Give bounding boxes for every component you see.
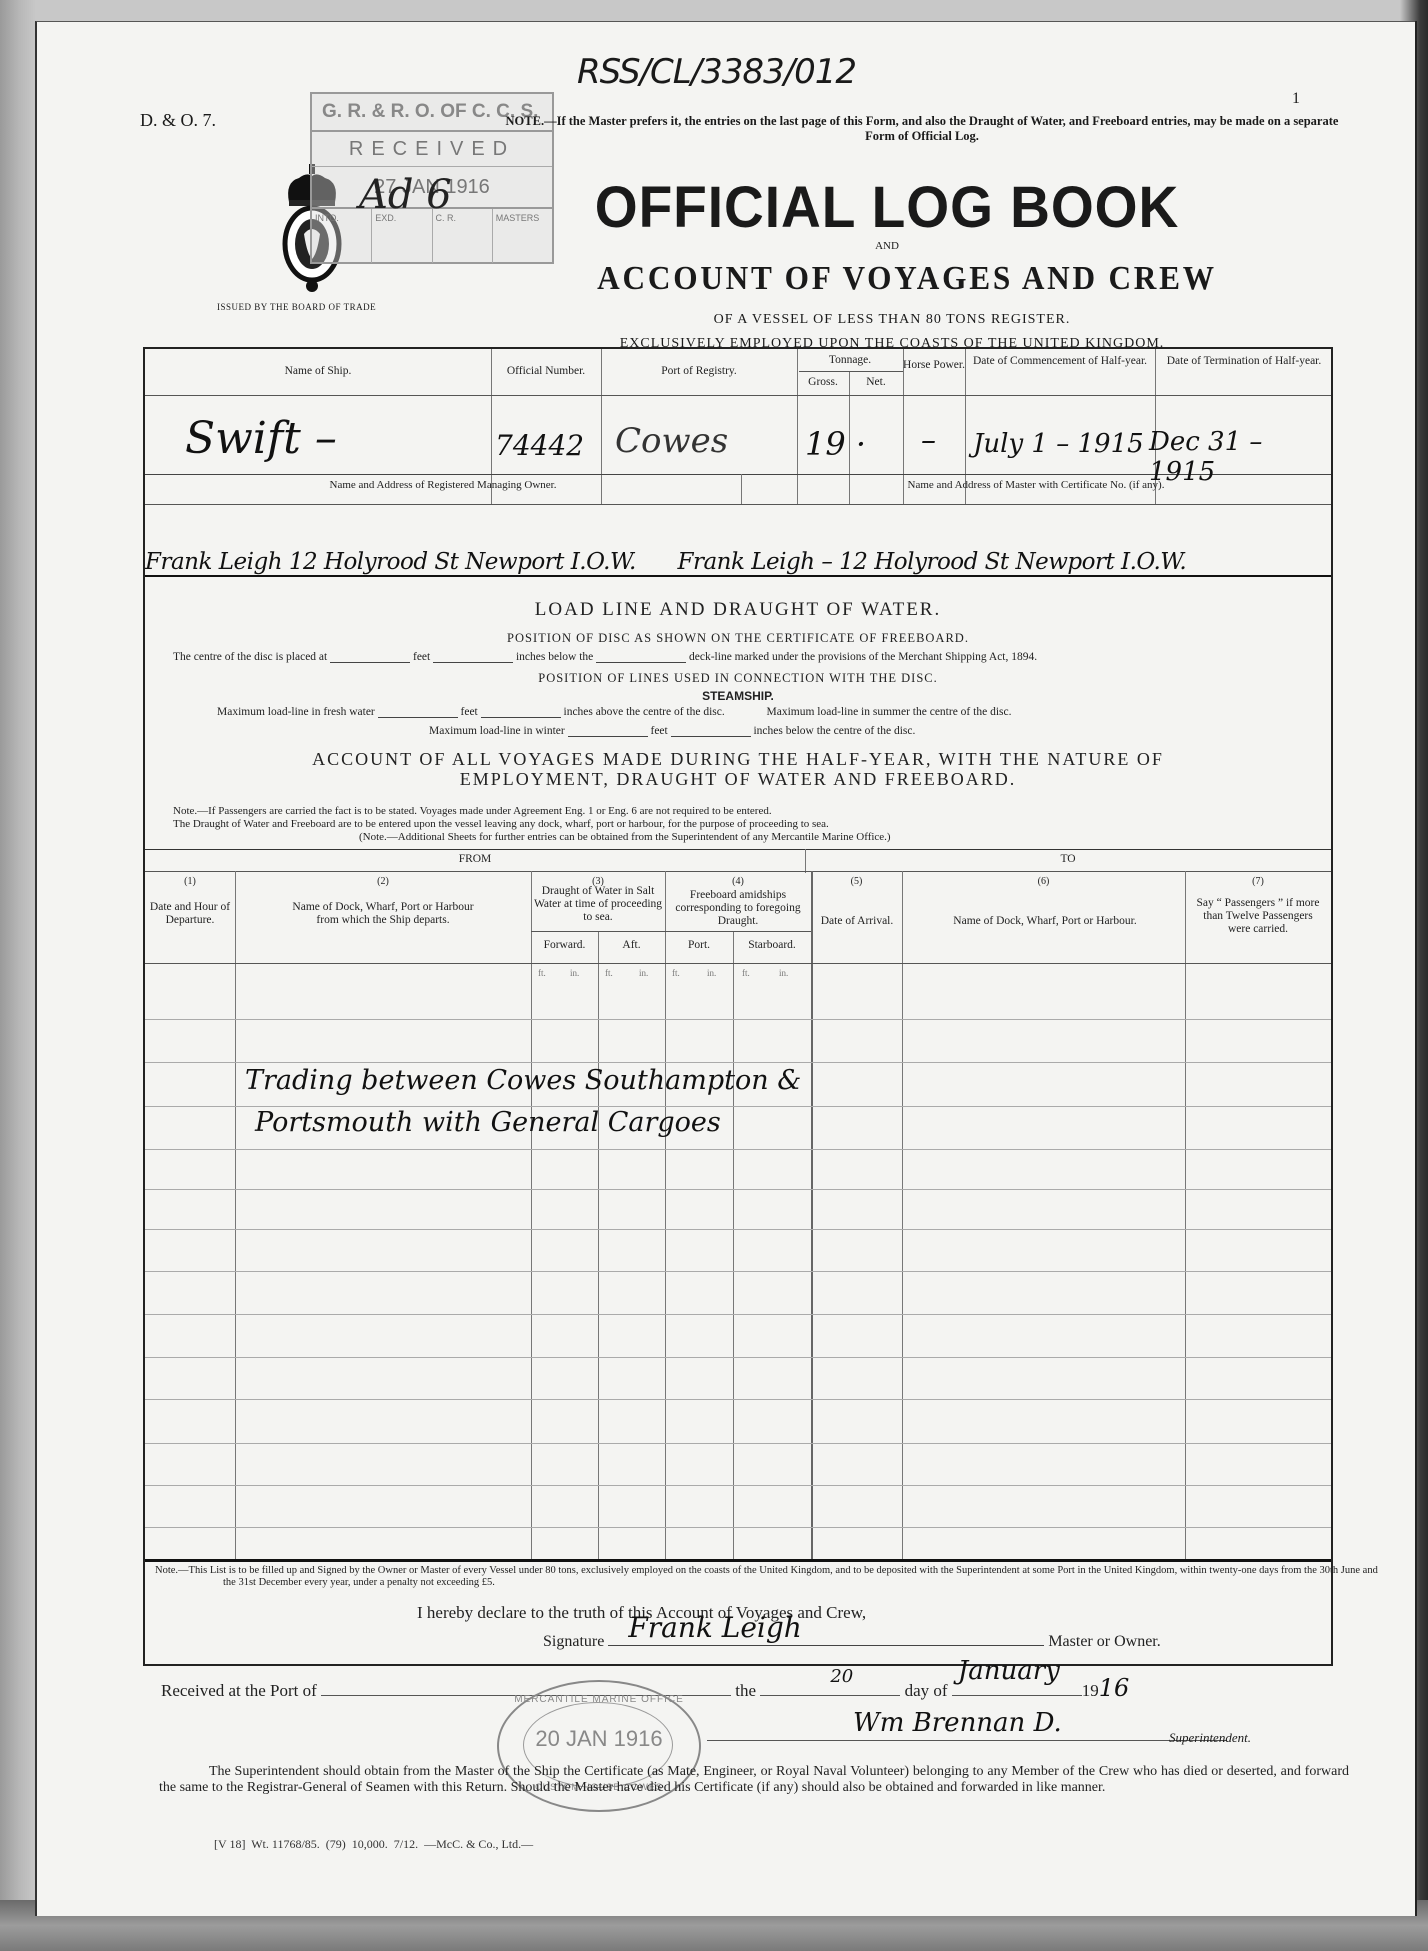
termination-value: Dec 31 – 1915 xyxy=(1149,427,1331,487)
commencement-value: July 1 – 1915 xyxy=(973,429,1144,459)
stamp-initials: Ad 6 xyxy=(359,172,452,218)
sub-starboard: Starboard. xyxy=(733,939,811,952)
header-termination: Date of Termination of Half-year. xyxy=(1159,355,1329,368)
winter-line: Maximum load-line in winter feet inches … xyxy=(429,725,915,737)
fresh-water-inches-field[interactable] xyxy=(481,707,561,718)
deck-line-field[interactable] xyxy=(596,652,686,663)
col-4-number: (4) xyxy=(665,875,811,888)
col-1-label: Date and Hour of Departure. xyxy=(149,901,231,927)
sub-aft: Aft. xyxy=(598,939,665,952)
superintendent-signature-field[interactable]: Wm Brennan D. xyxy=(707,1712,1227,1741)
header-official-number: Official Number. xyxy=(491,365,601,378)
document-title: OFFICIAL LOG BOOK xyxy=(526,174,1248,241)
owner-address-value: Frank Leigh 12 Holyrood St Newport I.O.W… xyxy=(145,549,636,575)
load-line-title: LOAD LINE AND DRAUGHT OF WATER. xyxy=(145,599,1331,621)
form-box: Name of Ship. Official Number. Port of R… xyxy=(143,347,1333,1666)
col-3-label: Draught of Water in Salt Water at time o… xyxy=(533,885,663,924)
title-conjunction: AND xyxy=(507,240,1267,252)
disc-inches-field[interactable] xyxy=(433,652,513,663)
col-2-label: Name of Dock, Wharf, Port or Harbour fro… xyxy=(285,901,481,927)
signature-line: Signature Frank Leigh Master or Owner. xyxy=(543,1631,1161,1651)
signature-value: Frank Leigh xyxy=(628,1611,801,1644)
col-4-label: Freeboard amidships corresponding to for… xyxy=(667,889,809,928)
sub-port: Port. xyxy=(665,939,733,952)
footer-note: Note.—This List is to be filled up and S… xyxy=(155,1565,1393,1589)
col-1-number: (1) xyxy=(145,875,235,888)
disc-line: The centre of the disc is placed at feet… xyxy=(173,651,1037,663)
master-label: Name and Address of Master with Certific… xyxy=(741,479,1331,492)
voyages-note-1: Note.—If Passengers are carried the fact… xyxy=(173,805,772,817)
col-5-label: Date of Arrival. xyxy=(817,915,897,928)
official-number-value: 74442 xyxy=(495,429,584,462)
issued-by-label: ISSUED BY THE BOARD OF TRADE xyxy=(217,302,376,312)
fresh-water-feet-field[interactable] xyxy=(378,707,458,718)
document-subtitle: ACCOUNT OF VOYAGES AND CREW xyxy=(516,260,1298,298)
month-field[interactable]: January xyxy=(952,1683,1082,1696)
disc-heading: POSITION OF DISC AS SHOWN ON THE CERTIFI… xyxy=(145,631,1331,646)
in-marker: in. xyxy=(639,967,648,980)
page-number: 1 xyxy=(1292,90,1300,108)
sub-forward: Forward. xyxy=(531,939,598,952)
ship-name-value: Swift – xyxy=(185,413,337,464)
header-port-of-registry: Port of Registry. xyxy=(601,365,797,378)
printer-line: [V 18] Wt. 11768/85. (79) 10,000. 7/12. … xyxy=(214,1837,533,1852)
col-6-label: Name of Dock, Wharf, Port or Harbour. xyxy=(945,915,1145,928)
day-field[interactable]: 20 xyxy=(760,1683,900,1696)
voyages-note-2: The Draught of Water and Freeboard are t… xyxy=(173,818,829,830)
disc-feet-field[interactable] xyxy=(330,652,410,663)
header-net: Net. xyxy=(849,376,903,389)
col-6-number: (6) xyxy=(902,875,1185,888)
signature-field[interactable]: Frank Leigh xyxy=(608,1631,1044,1646)
port-of-registry-value: Cowes xyxy=(615,421,728,461)
form-code: D. & O. 7. xyxy=(140,110,216,131)
superintendent-label: Superintendent. xyxy=(1169,1730,1251,1746)
header-gross: Gross. xyxy=(797,376,849,389)
voyages-title-line-1: ACCOUNT OF ALL VOYAGES MADE DURING THE H… xyxy=(145,749,1331,769)
steamship-heading: STEAMSHIP. xyxy=(145,689,1331,703)
header-note: NOTE.—If the Master prefers it, the entr… xyxy=(497,114,1347,144)
header-horse-power: Horse Power. xyxy=(903,359,965,372)
lines-heading: POSITION OF LINES USED IN CONNECTION WIT… xyxy=(145,671,1331,686)
voyage-entry-line-1: Trading between Cowes Southampton & xyxy=(245,1065,801,1096)
winter-inches-field[interactable] xyxy=(671,726,751,737)
voyages-note-3: (Note.—Additional Sheets for further ent… xyxy=(359,831,891,843)
in-marker: in. xyxy=(779,967,788,980)
gross-tonnage-value: 19 · xyxy=(805,425,866,463)
subtitle-line-2: OF A VESSEL OF LESS THAN 80 TONS REGISTE… xyxy=(507,312,1277,328)
ft-marker: ft. xyxy=(742,967,750,980)
ft-marker: ft. xyxy=(538,967,546,980)
owner-label: Name and Address of Registered Managing … xyxy=(145,479,741,492)
ft-marker: ft. xyxy=(672,967,680,980)
fresh-water-line: Maximum load-line in fresh water feet in… xyxy=(217,706,1011,718)
archive-reference-number: RSS/CL/3383/012 xyxy=(577,52,856,92)
superintendent-instructions: The Superintendent should obtain from th… xyxy=(159,1764,1349,1796)
horse-power-value: – xyxy=(921,423,936,458)
document-page: RSS/CL/3383/012 1 D. & O. 7. ISSUED BY T… xyxy=(35,21,1415,1916)
mmo-stamp-date: 20 JAN 1916 xyxy=(499,1726,699,1752)
ft-marker: ft. xyxy=(605,967,613,980)
superintendent-signature: Wm Brennan D. xyxy=(853,1708,1062,1738)
header-commencement: Date of Commencement of Half-year. xyxy=(969,355,1151,368)
col-7-label: Say “ Passengers ” if more than Twelve P… xyxy=(1191,897,1325,936)
master-address-value: Frank Leigh – 12 Holyrood St Newport I.O… xyxy=(678,549,1187,575)
winter-feet-field[interactable] xyxy=(568,726,648,737)
in-marker: in. xyxy=(570,967,579,980)
header-name-of-ship: Name of Ship. xyxy=(145,365,491,378)
col-2-number: (2) xyxy=(235,875,531,888)
to-label: TO xyxy=(805,853,1331,866)
col-5-number: (5) xyxy=(811,875,902,888)
voyage-entry-line-2: Portsmouth with General Cargoes xyxy=(255,1107,721,1138)
from-label: FROM xyxy=(145,853,805,866)
voyages-title-line-2: EMPLOYMENT, DRAUGHT OF WATER AND FREEBOA… xyxy=(145,769,1331,790)
col-7-number: (7) xyxy=(1185,875,1331,888)
in-marker: in. xyxy=(707,967,716,980)
header-tonnage: Tonnage. xyxy=(797,354,903,367)
